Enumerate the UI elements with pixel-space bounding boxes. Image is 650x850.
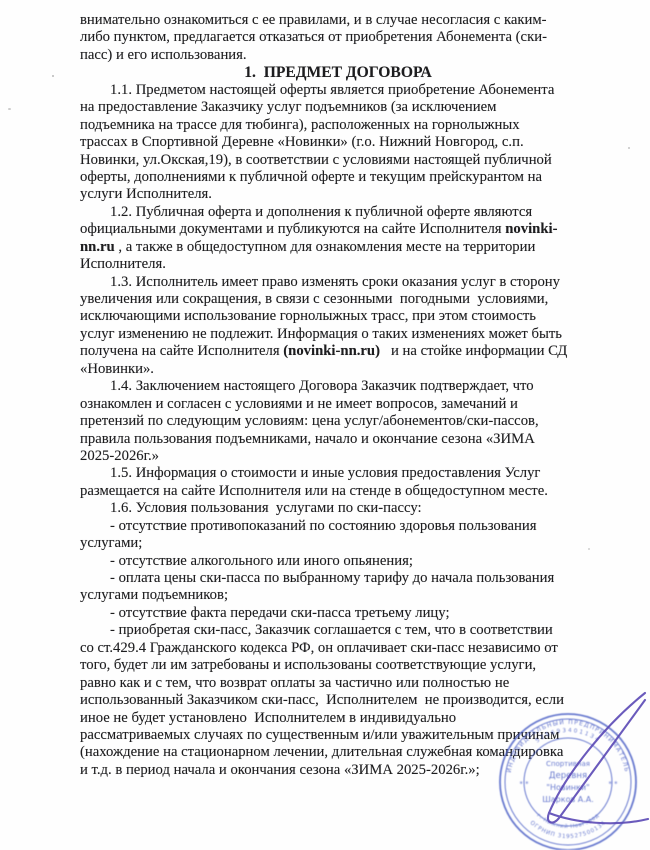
text-segment: и на стойке информации СД bbox=[380, 343, 567, 359]
text-segment: - оплата цены ски-пасса по выбранному та… bbox=[110, 570, 554, 586]
text-line: исключающими использование горнолыжных т… bbox=[80, 308, 596, 325]
text-segment: того, будет ли им затребованы и использо… bbox=[80, 657, 536, 673]
text-segment: официальными документами и публикуются н… bbox=[80, 221, 505, 237]
text-line: внимательно ознакомиться с ее правилами,… bbox=[80, 12, 596, 29]
text-segment: - отсутствие противопоказаний по состоян… bbox=[110, 518, 537, 534]
text-segment: оферты, дополнениями к публичной оферте … bbox=[80, 169, 542, 185]
text-line: либо пунктом, предлагается отказаться от… bbox=[80, 29, 596, 46]
text-segment: 1.1. Предметом настоящей оферты является… bbox=[110, 82, 554, 98]
text-segment: Новинки, ул.Окская,19), в соответствии с… bbox=[80, 152, 552, 168]
text-segment: услугами; bbox=[80, 535, 142, 551]
text-segment: претензий по следующим условиям: цена ус… bbox=[80, 413, 539, 429]
scan-speck bbox=[52, 75, 54, 77]
text-line: 1.6. Условия пользования услугами по ски… bbox=[80, 500, 596, 517]
text-segment: «Новинки». bbox=[80, 361, 154, 377]
text-segment: novinki- bbox=[505, 221, 557, 237]
text-line: размещается на сайте Исполнителя или на … bbox=[80, 483, 596, 500]
text-line: трассах в Спортивной Деревне «Новинки» (… bbox=[80, 134, 596, 151]
text-line: - отсутствие алкогольного или иного опья… bbox=[80, 553, 596, 570]
contract-text: внимательно ознакомиться с ее правилами,… bbox=[80, 12, 596, 779]
text-segment: внимательно ознакомиться с ее правилами,… bbox=[80, 12, 547, 28]
text-line: - отсутствие факта передачи ски-пасса тр… bbox=[80, 605, 596, 622]
text-segment: 1.6. Условия пользования услугами по ски… bbox=[110, 500, 422, 516]
text-segment: 1.3. Исполнитель имеет право изменять ср… bbox=[110, 274, 560, 290]
text-line: получена на сайте Исполнителя (novinki-n… bbox=[80, 343, 596, 360]
text-segment: трассах в Спортивной Деревне «Новинки» (… bbox=[80, 134, 524, 150]
text-line: - отсутствие противопоказаний по состоян… bbox=[80, 518, 596, 535]
text-segment: иное не будет установлено Исполнителем в… bbox=[80, 710, 456, 726]
text-line: увеличения или сокращения, в связи с сез… bbox=[80, 291, 596, 308]
text-line: 1.2. Публичная оферта и дополнения к пуб… bbox=[80, 204, 596, 221]
text-segment: услугами подъемников; bbox=[80, 587, 228, 603]
text-segment: 1.2. Публичная оферта и дополнения к пуб… bbox=[110, 204, 532, 220]
text-segment: 1. ПРЕДМЕТ ДОГОВОРА bbox=[244, 64, 432, 81]
section-heading: 1. ПРЕДМЕТ ДОГОВОРА bbox=[80, 64, 596, 81]
text-segment: на предоставление Заказчику услуг подъем… bbox=[80, 99, 496, 115]
scan-speck bbox=[588, 548, 590, 550]
text-segment: размещается на сайте Исполнителя или на … bbox=[80, 483, 548, 499]
text-segment: , а также в общедоступном для ознакомлен… bbox=[115, 239, 536, 255]
text-segment: и т.д. в период начала и окончания сезон… bbox=[80, 762, 480, 778]
text-line: подъемника на трассе для тюбинга), распо… bbox=[80, 117, 596, 134]
text-segment: - отсутствие алкогольного или иного опья… bbox=[110, 553, 413, 569]
text-line: 1.1. Предметом настоящей оферты является… bbox=[80, 82, 596, 99]
text-line: услуг изменению не подлежит. Информация … bbox=[80, 326, 596, 343]
document-page: внимательно ознакомиться с ее правилами,… bbox=[0, 0, 650, 850]
text-line: - приобретая ски-пасс, Заказчик соглашае… bbox=[80, 622, 596, 639]
text-line: официальными документами и публикуются н… bbox=[80, 221, 596, 238]
text-segment: - отсутствие факта передачи ски-пасса тр… bbox=[110, 605, 450, 621]
text-segment: ознакомлен и согласен с условиями и не и… bbox=[80, 396, 518, 412]
text-line: претензий по следующим условиям: цена ус… bbox=[80, 413, 596, 430]
text-segment: 1.4. Заключением настоящего Договора Зак… bbox=[110, 378, 534, 394]
text-segment: равно как и с тем, что возврат оплаты за… bbox=[80, 675, 509, 691]
text-line: 2025-2026г.» bbox=[80, 448, 596, 465]
text-line: правила пользования подъемниками, начало… bbox=[80, 431, 596, 448]
text-line: ознакомлен и согласен с условиями и не и… bbox=[80, 396, 596, 413]
text-segment: увеличения или сокращения, в связи с сез… bbox=[80, 291, 548, 307]
text-line: - оплата цены ски-пасса по выбранному та… bbox=[80, 570, 596, 587]
signature bbox=[480, 688, 650, 850]
signature-stroke-loop bbox=[548, 693, 645, 823]
text-line: Новинки, ул.Окская,19), в соответствии с… bbox=[80, 152, 596, 169]
text-segment: услуги Исполнителя. bbox=[80, 186, 212, 202]
signature-stroke-tail bbox=[549, 813, 648, 823]
text-segment: правила пользования подъемниками, начало… bbox=[80, 431, 535, 447]
text-segment: получена на сайте Исполнителя bbox=[80, 343, 283, 359]
text-line: пасс) и его использования. bbox=[80, 47, 596, 64]
text-segment: 1.5. Информация о стоимости и иные услов… bbox=[110, 465, 540, 481]
text-line: на предоставление Заказчику услуг подъем… bbox=[80, 99, 596, 116]
text-line: оферты, дополнениями к публичной оферте … bbox=[80, 169, 596, 186]
text-segment: пасс) и его использования. bbox=[80, 47, 247, 63]
text-line: nn.ru , а также в общедоступном для озна… bbox=[80, 239, 596, 256]
text-line: того, будет ли им затребованы и использо… bbox=[80, 657, 596, 674]
text-segment: Исполнителя. bbox=[80, 256, 166, 272]
text-segment: (novinki-nn.ru) bbox=[283, 343, 380, 359]
text-segment: со ст.429.4 Гражданского кодекса РФ, он … bbox=[80, 640, 558, 656]
text-segment: 2025-2026г.» bbox=[80, 448, 159, 464]
scan-speck bbox=[628, 147, 630, 149]
text-line: 1.5. Информация о стоимости и иные услов… bbox=[80, 465, 596, 482]
text-line: услугами подъемников; bbox=[80, 587, 596, 604]
text-segment: - приобретая ски-пасс, Заказчик соглашае… bbox=[110, 622, 553, 638]
text-line: услуги Исполнителя. bbox=[80, 186, 596, 203]
text-segment: услуг изменению не подлежит. Информация … bbox=[80, 326, 562, 342]
text-segment: nn.ru bbox=[80, 239, 115, 255]
text-line: Исполнителя. bbox=[80, 256, 596, 273]
text-line: услугами; bbox=[80, 535, 596, 552]
text-line: 1.4. Заключением настоящего Договора Зак… bbox=[80, 378, 596, 395]
text-line: 1.3. Исполнитель имеет право изменять ср… bbox=[80, 274, 596, 291]
text-segment: либо пунктом, предлагается отказаться от… bbox=[80, 29, 547, 45]
text-line: «Новинки». bbox=[80, 361, 596, 378]
scan-speck bbox=[8, 108, 11, 110]
text-line: со ст.429.4 Гражданского кодекса РФ, он … bbox=[80, 640, 596, 657]
text-segment: исключающими использование горнолыжных т… bbox=[80, 308, 536, 324]
text-segment: подъемника на трассе для тюбинга), распо… bbox=[80, 117, 520, 133]
